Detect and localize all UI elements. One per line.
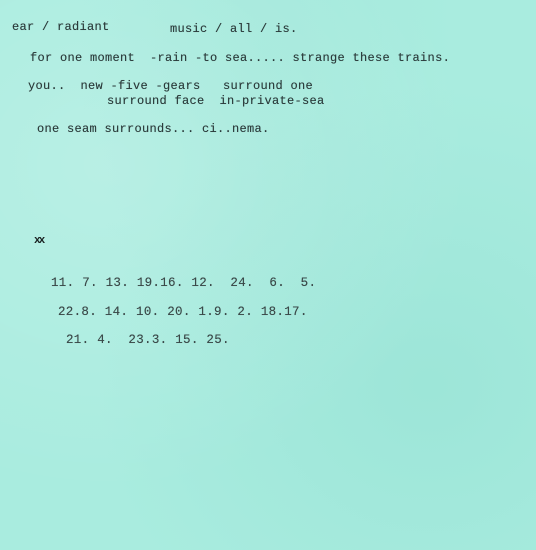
poem-line-2: for one moment -rain -to sea..... strang… bbox=[30, 51, 450, 65]
number-row-1: 11. 7. 13. 19.16. 12. 24. 6. 5. bbox=[51, 276, 316, 290]
number-row-2: 22.8. 14. 10. 20. 1.9. 2. 18.17. bbox=[58, 305, 308, 319]
poem-line-1a: ear / radiant bbox=[12, 20, 110, 34]
number-row-3: 21. 4. 23.3. 15. 25. bbox=[66, 333, 230, 347]
poem-line-5: one seam surrounds... ci..nema. bbox=[37, 122, 270, 136]
poem-line-4: surround face in-private-sea bbox=[107, 94, 325, 108]
strike-mark: xx bbox=[34, 235, 43, 247]
poem-line-3: you.. new -five -gears surround one bbox=[28, 79, 313, 93]
poem-line-1b: music / all / is. bbox=[170, 22, 298, 36]
